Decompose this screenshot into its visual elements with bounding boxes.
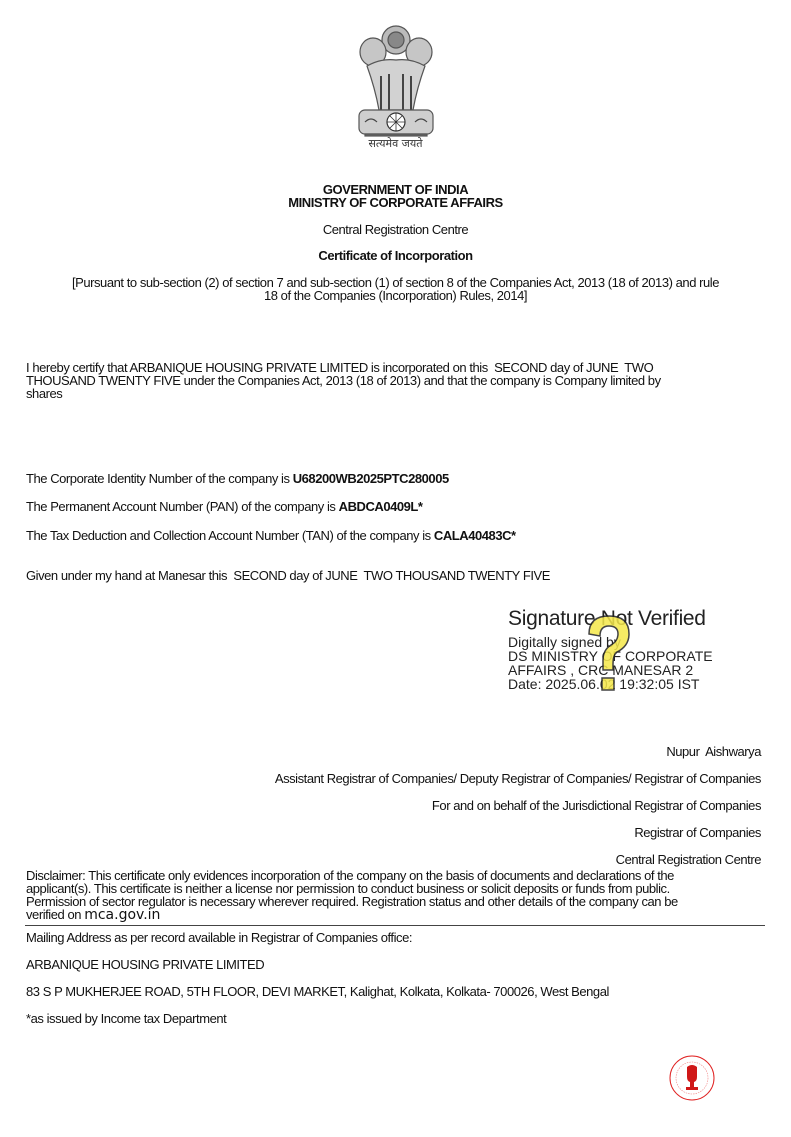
mailing-company: ARBANIQUE HOUSING PRIVATE LIMITED [26, 957, 264, 972]
question-mark-icon [583, 612, 635, 700]
divider [25, 925, 765, 926]
signatory-designation: Assistant Registrar of Companies/ Deputy… [275, 771, 761, 786]
signatory-office: Central Registration Centre [616, 852, 761, 867]
pan-label: The Permanent Account Number (PAN) of th… [26, 499, 339, 514]
header-ministry: MINISTRY OF CORPORATE AFFAIRS [0, 195, 791, 210]
national-emblem-icon [345, 18, 447, 153]
footnote: *as issued by Income tax Department [26, 1011, 226, 1026]
mailing-address: 83 S P MUKHERJEE ROAD, 5TH FLOOR, DEVI M… [26, 984, 609, 999]
tan-row: The Tax Deduction and Collection Account… [26, 528, 516, 543]
cin-label: The Corporate Identity Number of the com… [26, 471, 293, 486]
cin-row: The Corporate Identity Number of the com… [26, 471, 449, 486]
cin-value: U68200WB2025PTC280005 [293, 471, 449, 486]
certification-line-3: shares [26, 386, 62, 401]
header-office: Central Registration Centre [0, 222, 791, 237]
disclaimer-verify-prefix: verified on [26, 907, 84, 922]
mca-seal-icon [660, 1053, 724, 1103]
signatory-behalf: For and on behalf of the Jurisdictional … [432, 798, 761, 813]
mca-link[interactable]: mca.gov.in [84, 907, 160, 923]
pan-row: The Permanent Account Number (PAN) of th… [26, 499, 423, 514]
given-under-text: Given under my hand at Manesar this SECO… [26, 568, 550, 583]
tan-value: CALA40483C* [434, 528, 516, 543]
page-title: Certificate of Incorporation [0, 248, 791, 263]
pursuant-line-2: 18 of the Companies (Incorporation) Rule… [0, 288, 791, 303]
mailing-heading: Mailing Address as per record available … [26, 930, 412, 945]
signatory-name: Nupur Aishwarya [666, 744, 761, 759]
pan-value: ABDCA0409L* [339, 499, 423, 514]
emblem-motto: सत्यमेव जयते [0, 136, 791, 151]
certification-line-2: THOUSAND TWENTY FIVE under the Companies… [26, 373, 661, 388]
disclaimer-line-4: verified on mca.gov.in [26, 907, 160, 923]
tan-label: The Tax Deduction and Collection Account… [26, 528, 434, 543]
signatory-role: Registrar of Companies [634, 825, 761, 840]
